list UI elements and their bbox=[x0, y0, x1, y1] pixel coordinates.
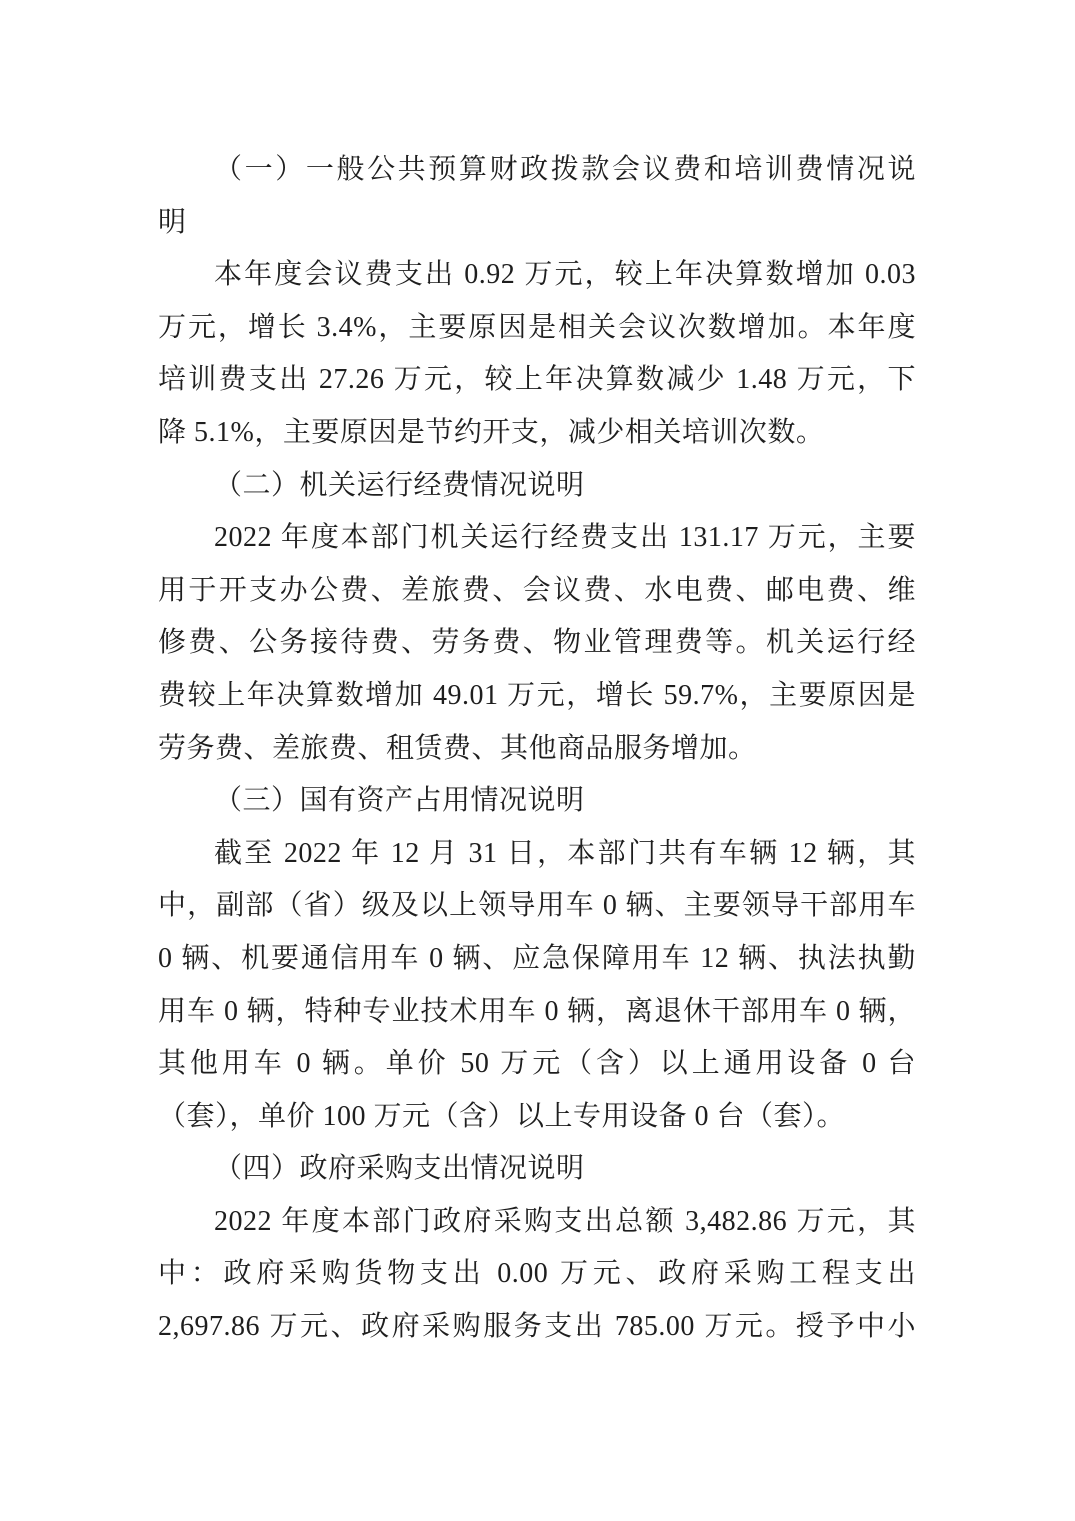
paragraph-line: 截至 2022 年 12 月 31 日，本部门共有车辆 12 辆，其 bbox=[158, 828, 916, 881]
section-heading: （三）国有资产占用情况说明 bbox=[158, 775, 916, 828]
paragraph-line: 万元，增长 3.4%，主要原因是相关会议次数增加。本年度 bbox=[158, 302, 916, 355]
paragraph-line: 其他用车 0 辆。单价 50 万元（含）以上通用设备 0 台 bbox=[158, 1038, 916, 1091]
section-heading: （二）机关运行经费情况说明 bbox=[158, 460, 916, 513]
paragraph-line: 用于开支办公费、差旅费、会议费、水电费、邮电费、维 bbox=[158, 565, 916, 618]
paragraph-line: 费较上年决算数增加 49.01 万元，增长 59.7%，主要原因是 bbox=[158, 670, 916, 723]
paragraph-line: （套），单价 100 万元（含）以上专用设备 0 台（套）。 bbox=[158, 1091, 916, 1144]
paragraph-line: 2,697.86 万元、政府采购服务支出 785.00 万元。授予中小 bbox=[158, 1301, 916, 1354]
paragraph-line: 培训费支出 27.26 万元，较上年决算数减少 1.48 万元，下 bbox=[158, 354, 916, 407]
paragraph-line: 中：政府采购货物支出 0.00 万元、政府采购工程支出 bbox=[158, 1248, 916, 1301]
body-paragraph: 截至 2022 年 12 月 31 日，本部门共有车辆 12 辆，其中，副部（省… bbox=[158, 828, 916, 1144]
heading-line: （四）政府采购支出情况说明 bbox=[158, 1143, 916, 1196]
body-paragraph: 2022 年度本部门机关运行经费支出 131.17 万元，主要用于开支办公费、差… bbox=[158, 512, 916, 775]
paragraph-line: 中，副部（省）级及以上领导用车 0 辆、主要领导干部用车 bbox=[158, 880, 916, 933]
paragraph-line: 本年度会议费支出 0.92 万元，较上年决算数增加 0.03 bbox=[158, 249, 916, 302]
heading-line: （二）机关运行经费情况说明 bbox=[158, 460, 916, 513]
section-heading: （四）政府采购支出情况说明 bbox=[158, 1143, 916, 1196]
paragraph-line: 2022 年度本部门机关运行经费支出 131.17 万元，主要 bbox=[158, 512, 916, 565]
heading-line: （一）一般公共预算财政拨款会议费和培训费情况说 bbox=[158, 144, 916, 197]
document-page: （一）一般公共预算财政拨款会议费和培训费情况说明本年度会议费支出 0.92 万元… bbox=[0, 0, 1075, 1521]
document-content: （一）一般公共预算财政拨款会议费和培训费情况说明本年度会议费支出 0.92 万元… bbox=[158, 144, 916, 1354]
paragraph-line: 劳务费、差旅费、租赁费、其他商品服务增加。 bbox=[158, 723, 916, 776]
body-paragraph: 本年度会议费支出 0.92 万元，较上年决算数增加 0.03万元，增长 3.4%… bbox=[158, 249, 916, 459]
paragraph-line: 0 辆、机要通信用车 0 辆、应急保障用车 12 辆、执法执勤 bbox=[158, 933, 916, 986]
body-paragraph: 2022 年度本部门政府采购支出总额 3,482.86 万元，其中：政府采购货物… bbox=[158, 1196, 916, 1354]
paragraph-line: 2022 年度本部门政府采购支出总额 3,482.86 万元，其 bbox=[158, 1196, 916, 1249]
heading-line: （三）国有资产占用情况说明 bbox=[158, 775, 916, 828]
paragraph-line: 修费、公务接待费、劳务费、物业管理费等。机关运行经 bbox=[158, 617, 916, 670]
paragraph-line: 用车 0 辆，特种专业技术用车 0 辆，离退休干部用车 0 辆， bbox=[158, 986, 916, 1039]
heading-line: 明 bbox=[158, 197, 916, 250]
section-heading: （一）一般公共预算财政拨款会议费和培训费情况说明 bbox=[158, 144, 916, 249]
paragraph-line: 降 5.1%，主要原因是节约开支，减少相关培训次数。 bbox=[158, 407, 916, 460]
